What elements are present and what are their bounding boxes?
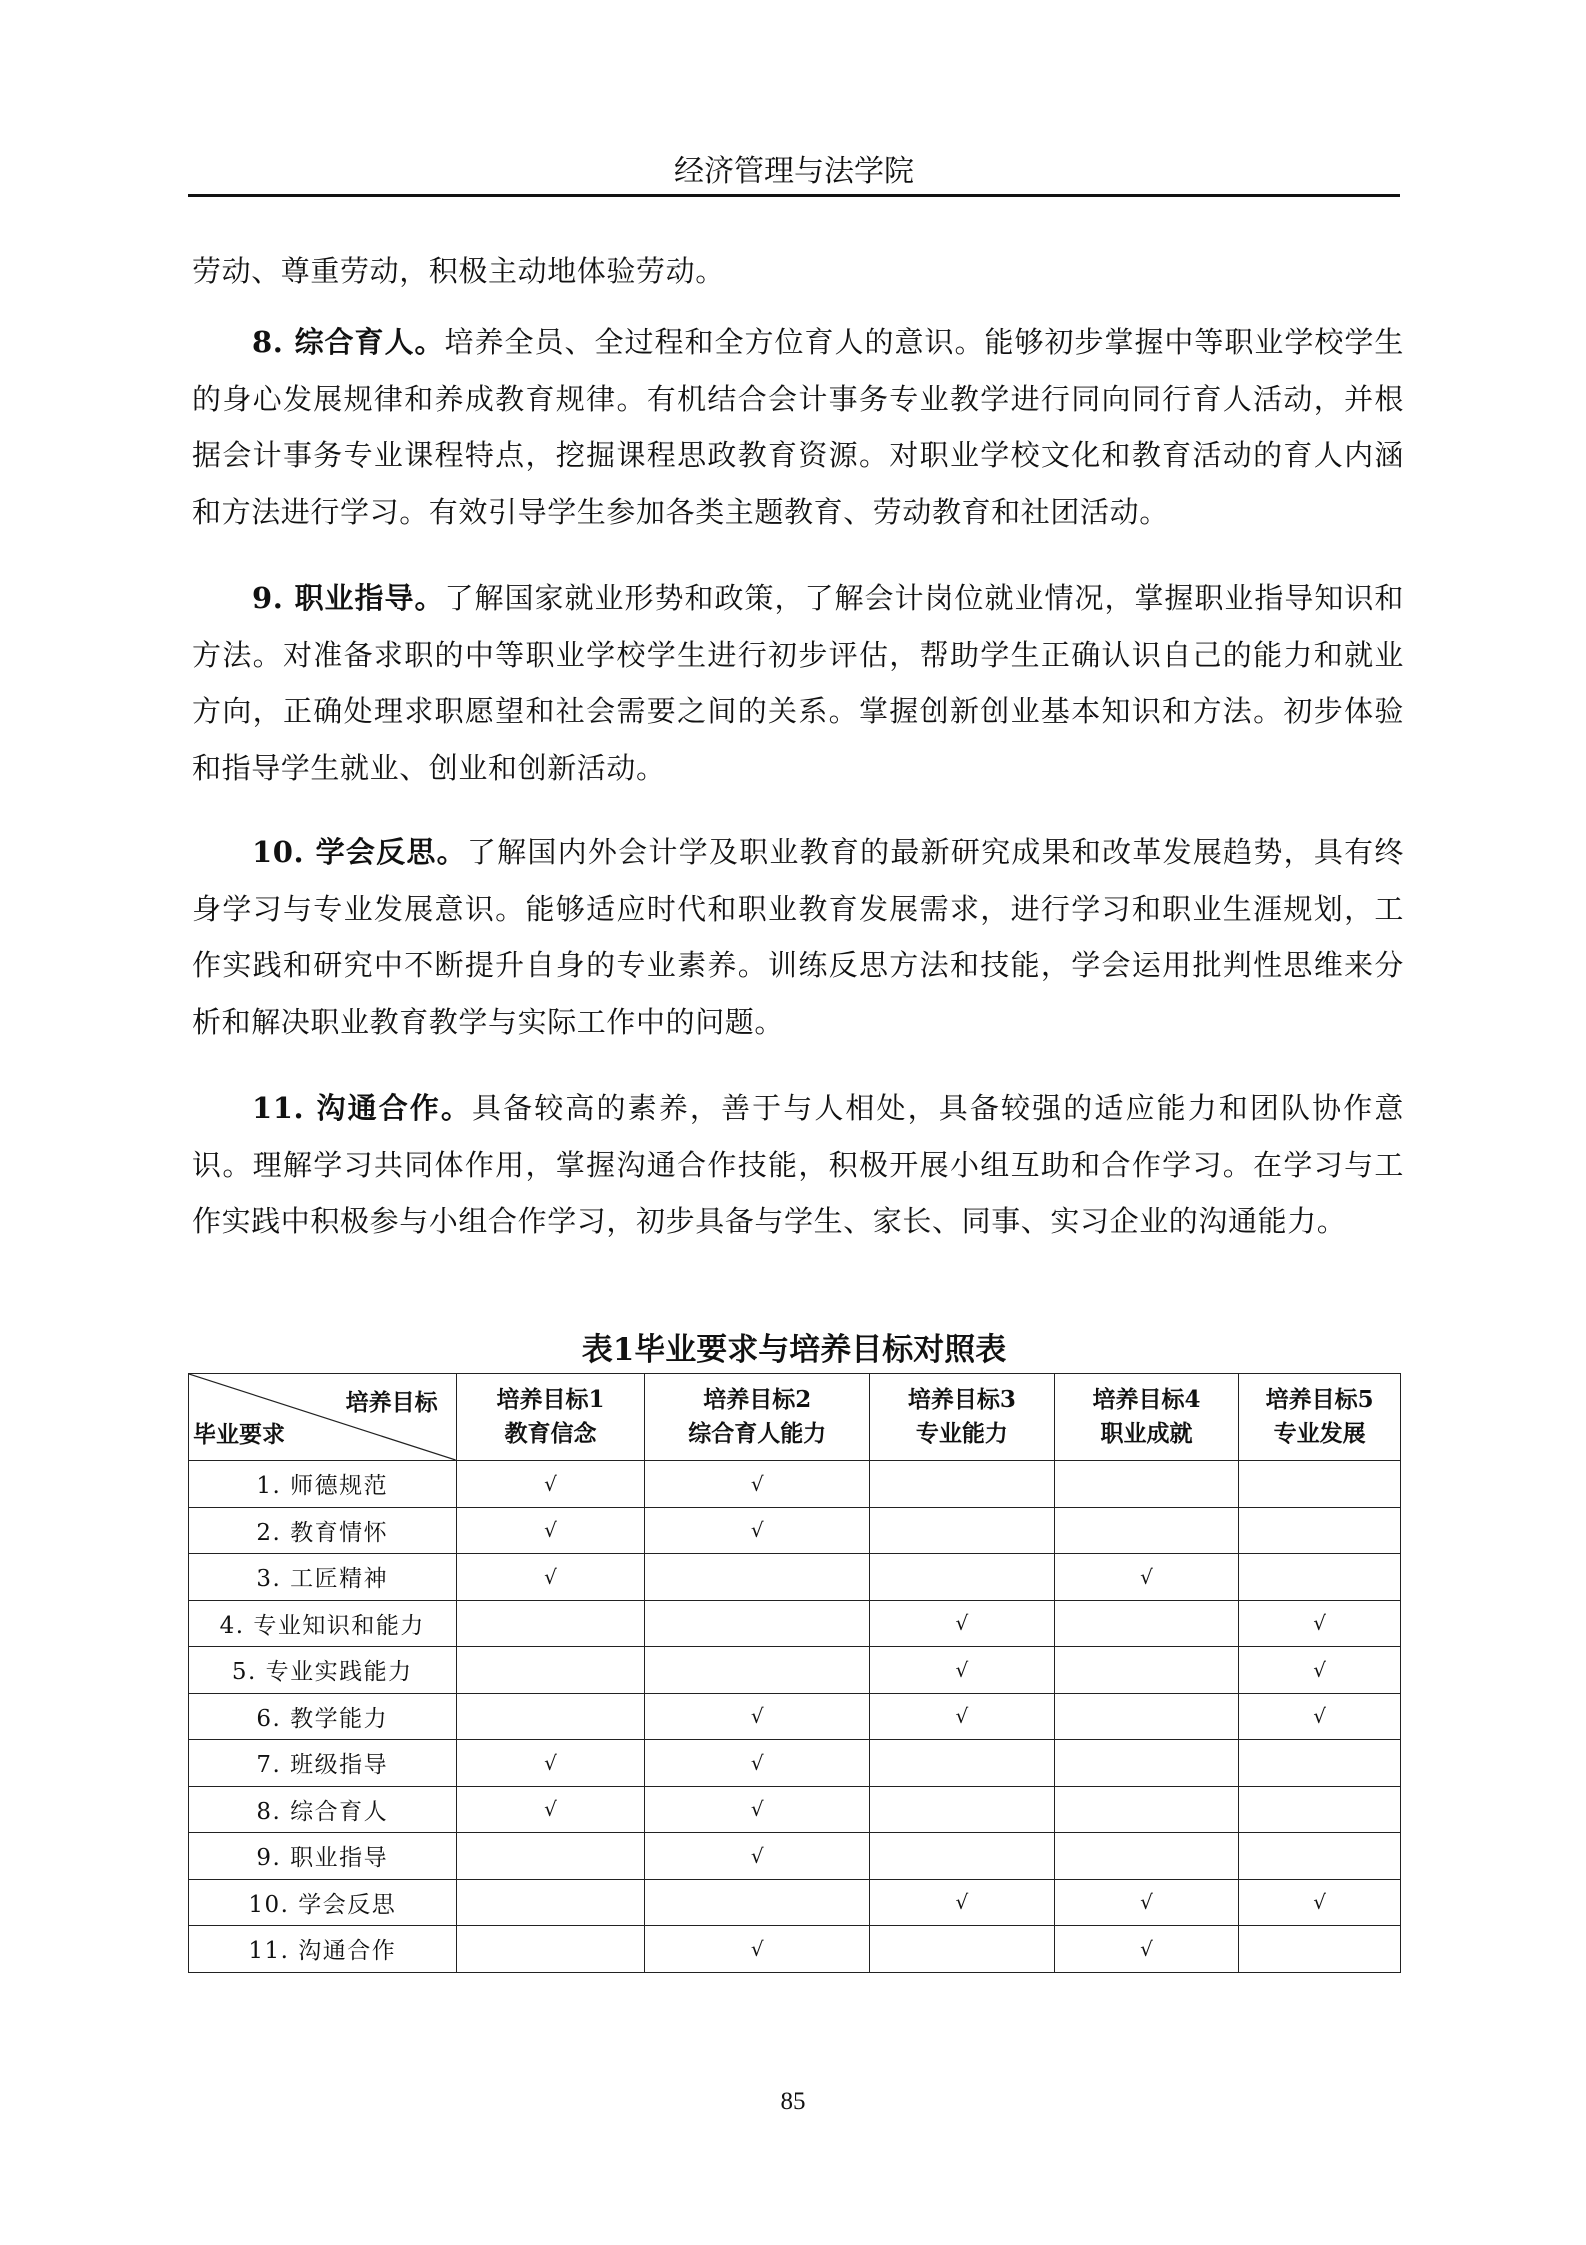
mapping-cell [870,1507,1055,1554]
paragraph-text: 劳动、尊重劳动，积极主动地体验劳动。 [192,254,725,288]
column-header-objective-5: 培养目标5专业发展 [1239,1374,1401,1461]
mapping-cell: √ [456,1507,645,1554]
mapping-cell [645,1647,870,1694]
mapping-cell: √ [456,1786,645,1833]
mapping-cell [456,1693,645,1740]
table-row: 1. 师德规范√√ [189,1461,1401,1508]
mapping-cell: √ [456,1554,645,1601]
table-row: 11. 沟通合作√√ [189,1926,1401,1973]
requirement-label: 1. 师德规范 [189,1461,457,1508]
table-row: 4. 专业知识和能力√√ [189,1600,1401,1647]
requirement-label: 4. 专业知识和能力 [189,1600,457,1647]
mapping-cell [1239,1786,1401,1833]
mapping-cell [1054,1600,1239,1647]
mapping-cell [1239,1926,1401,1973]
mapping-cell: √ [645,1740,870,1787]
mapping-cell: √ [1054,1554,1239,1601]
mapping-cell: √ [1054,1879,1239,1926]
check-mark-icon: √ [1140,1890,1153,1914]
mapping-cell [870,1461,1055,1508]
check-mark-icon: √ [1140,1565,1153,1589]
column-header-line1: 培养目标5 [1266,1386,1374,1413]
paragraph-11: 11. 沟通合作。具备较高的素养，善于与人相处，具备较强的适应能力和团队协作意识… [192,1080,1404,1250]
paragraph-heading: 10. 学会反思。 [252,835,467,869]
check-mark-icon: √ [751,1751,764,1775]
mapping-cell [1239,1554,1401,1601]
requirement-label: 5. 专业实践能力 [189,1647,457,1694]
mapping-cell [1054,1833,1239,1880]
corner-header-cell: 培养目标 毕业要求 [189,1374,457,1461]
column-header-line2: 职业成就 [1100,1420,1192,1447]
mapping-cell [456,1647,645,1694]
table-row: 3. 工匠精神√√ [189,1554,1401,1601]
mapping-cell: √ [645,1926,870,1973]
table-row: 8. 综合育人√√ [189,1786,1401,1833]
mapping-cell [1239,1740,1401,1787]
mapping-cell: √ [1054,1926,1239,1973]
paragraph-heading: 8. 综合育人。 [252,325,445,359]
mapping-cell [1239,1461,1401,1508]
requirement-label: 9. 职业指导 [189,1833,457,1880]
check-mark-icon: √ [956,1611,969,1635]
paragraph-9: 9. 职业指导。了解国家就业形势和政策，了解会计岗位就业情况，掌握职业指导知识和… [192,570,1404,796]
mapping-cell: √ [645,1786,870,1833]
mapping-cell [456,1833,645,1880]
column-header-line1: 培养目标3 [908,1386,1016,1413]
mapping-cell: √ [645,1833,870,1880]
mapping-cell [1239,1833,1401,1880]
mapping-cell: √ [456,1461,645,1508]
page-header-title: 经济管理与法学院 [188,152,1400,192]
column-header-objective-3: 培养目标3专业能力 [870,1374,1055,1461]
mapping-cell: √ [870,1693,1055,1740]
requirement-label: 11. 沟通合作 [189,1926,457,1973]
check-mark-icon: √ [1313,1611,1326,1635]
column-header-objective-2: 培养目标2综合育人能力 [645,1374,870,1461]
mapping-cell [1054,1647,1239,1694]
mapping-cell: √ [1239,1600,1401,1647]
corner-label-requirements: 毕业要求 [193,1418,285,1452]
column-header-line2: 综合育人能力 [688,1420,826,1447]
mapping-cell [645,1554,870,1601]
requirement-label: 3. 工匠精神 [189,1554,457,1601]
check-mark-icon: √ [751,1518,764,1542]
table-row: 7. 班级指导√√ [189,1740,1401,1787]
check-mark-icon: √ [751,1797,764,1821]
paragraph-heading: 11. 沟通合作。 [252,1091,472,1125]
check-mark-icon: √ [544,1565,557,1589]
check-mark-icon: √ [751,1704,764,1728]
check-mark-icon: √ [956,1658,969,1682]
mapping-cell: √ [870,1600,1055,1647]
mapping-cell: √ [645,1461,870,1508]
column-header-line1: 培养目标2 [703,1386,811,1413]
mapping-cell [870,1833,1055,1880]
header-divider [188,194,1400,197]
paragraph-10: 10. 学会反思。了解国内外会计学及职业教育的最新研究成果和改革发展趋势，具有终… [192,824,1404,1050]
check-mark-icon: √ [544,1472,557,1496]
paragraph-continuation: 劳动、尊重劳动，积极主动地体验劳动。 [192,243,1404,300]
mapping-cell [870,1554,1055,1601]
column-header-line2: 教育信念 [505,1420,597,1447]
check-mark-icon: √ [956,1890,969,1914]
column-header-line1: 培养目标4 [1092,1386,1200,1413]
column-header-objective-1: 培养目标1教育信念 [456,1374,645,1461]
mapping-cell [1054,1786,1239,1833]
table-title: 表1毕业要求与培养目标对照表 [188,1330,1400,1370]
requirement-label: 7. 班级指导 [189,1740,457,1787]
table-row: 2. 教育情怀√√ [189,1507,1401,1554]
check-mark-icon: √ [751,1472,764,1496]
column-header-line1: 培养目标1 [497,1386,605,1413]
mapping-cell [1054,1461,1239,1508]
table-header-row: 培养目标 毕业要求 培养目标1教育信念 培养目标2综合育人能力 培养目标3专业能… [189,1374,1401,1461]
mapping-cell: √ [645,1693,870,1740]
check-mark-icon: √ [1140,1937,1153,1961]
paragraph-8: 8. 综合育人。培养全员、全过程和全方位育人的意识。能够初步掌握中等职业学校学生… [192,314,1404,540]
page-number: 85 [0,2088,1586,2116]
mapping-cell [456,1879,645,1926]
mapping-cell [645,1600,870,1647]
requirement-label: 6. 教学能力 [189,1693,457,1740]
mapping-cell [456,1600,645,1647]
mapping-cell [1054,1740,1239,1787]
check-mark-icon: √ [751,1844,764,1868]
mapping-cell: √ [1239,1647,1401,1694]
check-mark-icon: √ [956,1704,969,1728]
mapping-cell: √ [1239,1693,1401,1740]
paragraph-heading: 9. 职业指导。 [252,581,445,615]
mapping-cell [1239,1507,1401,1554]
mapping-cell [870,1926,1055,1973]
mapping-cell: √ [1239,1879,1401,1926]
mapping-cell [645,1879,870,1926]
corner-label-objectives: 培养目标 [346,1386,438,1420]
mapping-cell [1054,1693,1239,1740]
table-row: 10. 学会反思√√√ [189,1879,1401,1926]
requirement-label: 10. 学会反思 [189,1879,457,1926]
table-row: 5. 专业实践能力√√ [189,1647,1401,1694]
check-mark-icon: √ [1313,1658,1326,1682]
column-header-line2: 专业发展 [1274,1420,1366,1447]
table-row: 9. 职业指导√ [189,1833,1401,1880]
requirement-label: 2. 教育情怀 [189,1507,457,1554]
requirement-label: 8. 综合育人 [189,1786,457,1833]
mapping-cell [456,1926,645,1973]
column-header-line2: 专业能力 [916,1420,1008,1447]
check-mark-icon: √ [544,1751,557,1775]
column-header-objective-4: 培养目标4职业成就 [1054,1374,1239,1461]
requirements-objectives-table: 培养目标 毕业要求 培养目标1教育信念 培养目标2综合育人能力 培养目标3专业能… [188,1373,1401,1973]
mapping-cell [1054,1507,1239,1554]
table-row: 6. 教学能力√√√ [189,1693,1401,1740]
check-mark-icon: √ [751,1937,764,1961]
mapping-cell: √ [870,1879,1055,1926]
check-mark-icon: √ [1313,1704,1326,1728]
check-mark-icon: √ [544,1797,557,1821]
mapping-cell: √ [645,1507,870,1554]
check-mark-icon: √ [1313,1890,1326,1914]
mapping-cell: √ [456,1740,645,1787]
mapping-cell [870,1740,1055,1787]
mapping-cell: √ [870,1647,1055,1694]
check-mark-icon: √ [544,1518,557,1542]
mapping-cell [870,1786,1055,1833]
